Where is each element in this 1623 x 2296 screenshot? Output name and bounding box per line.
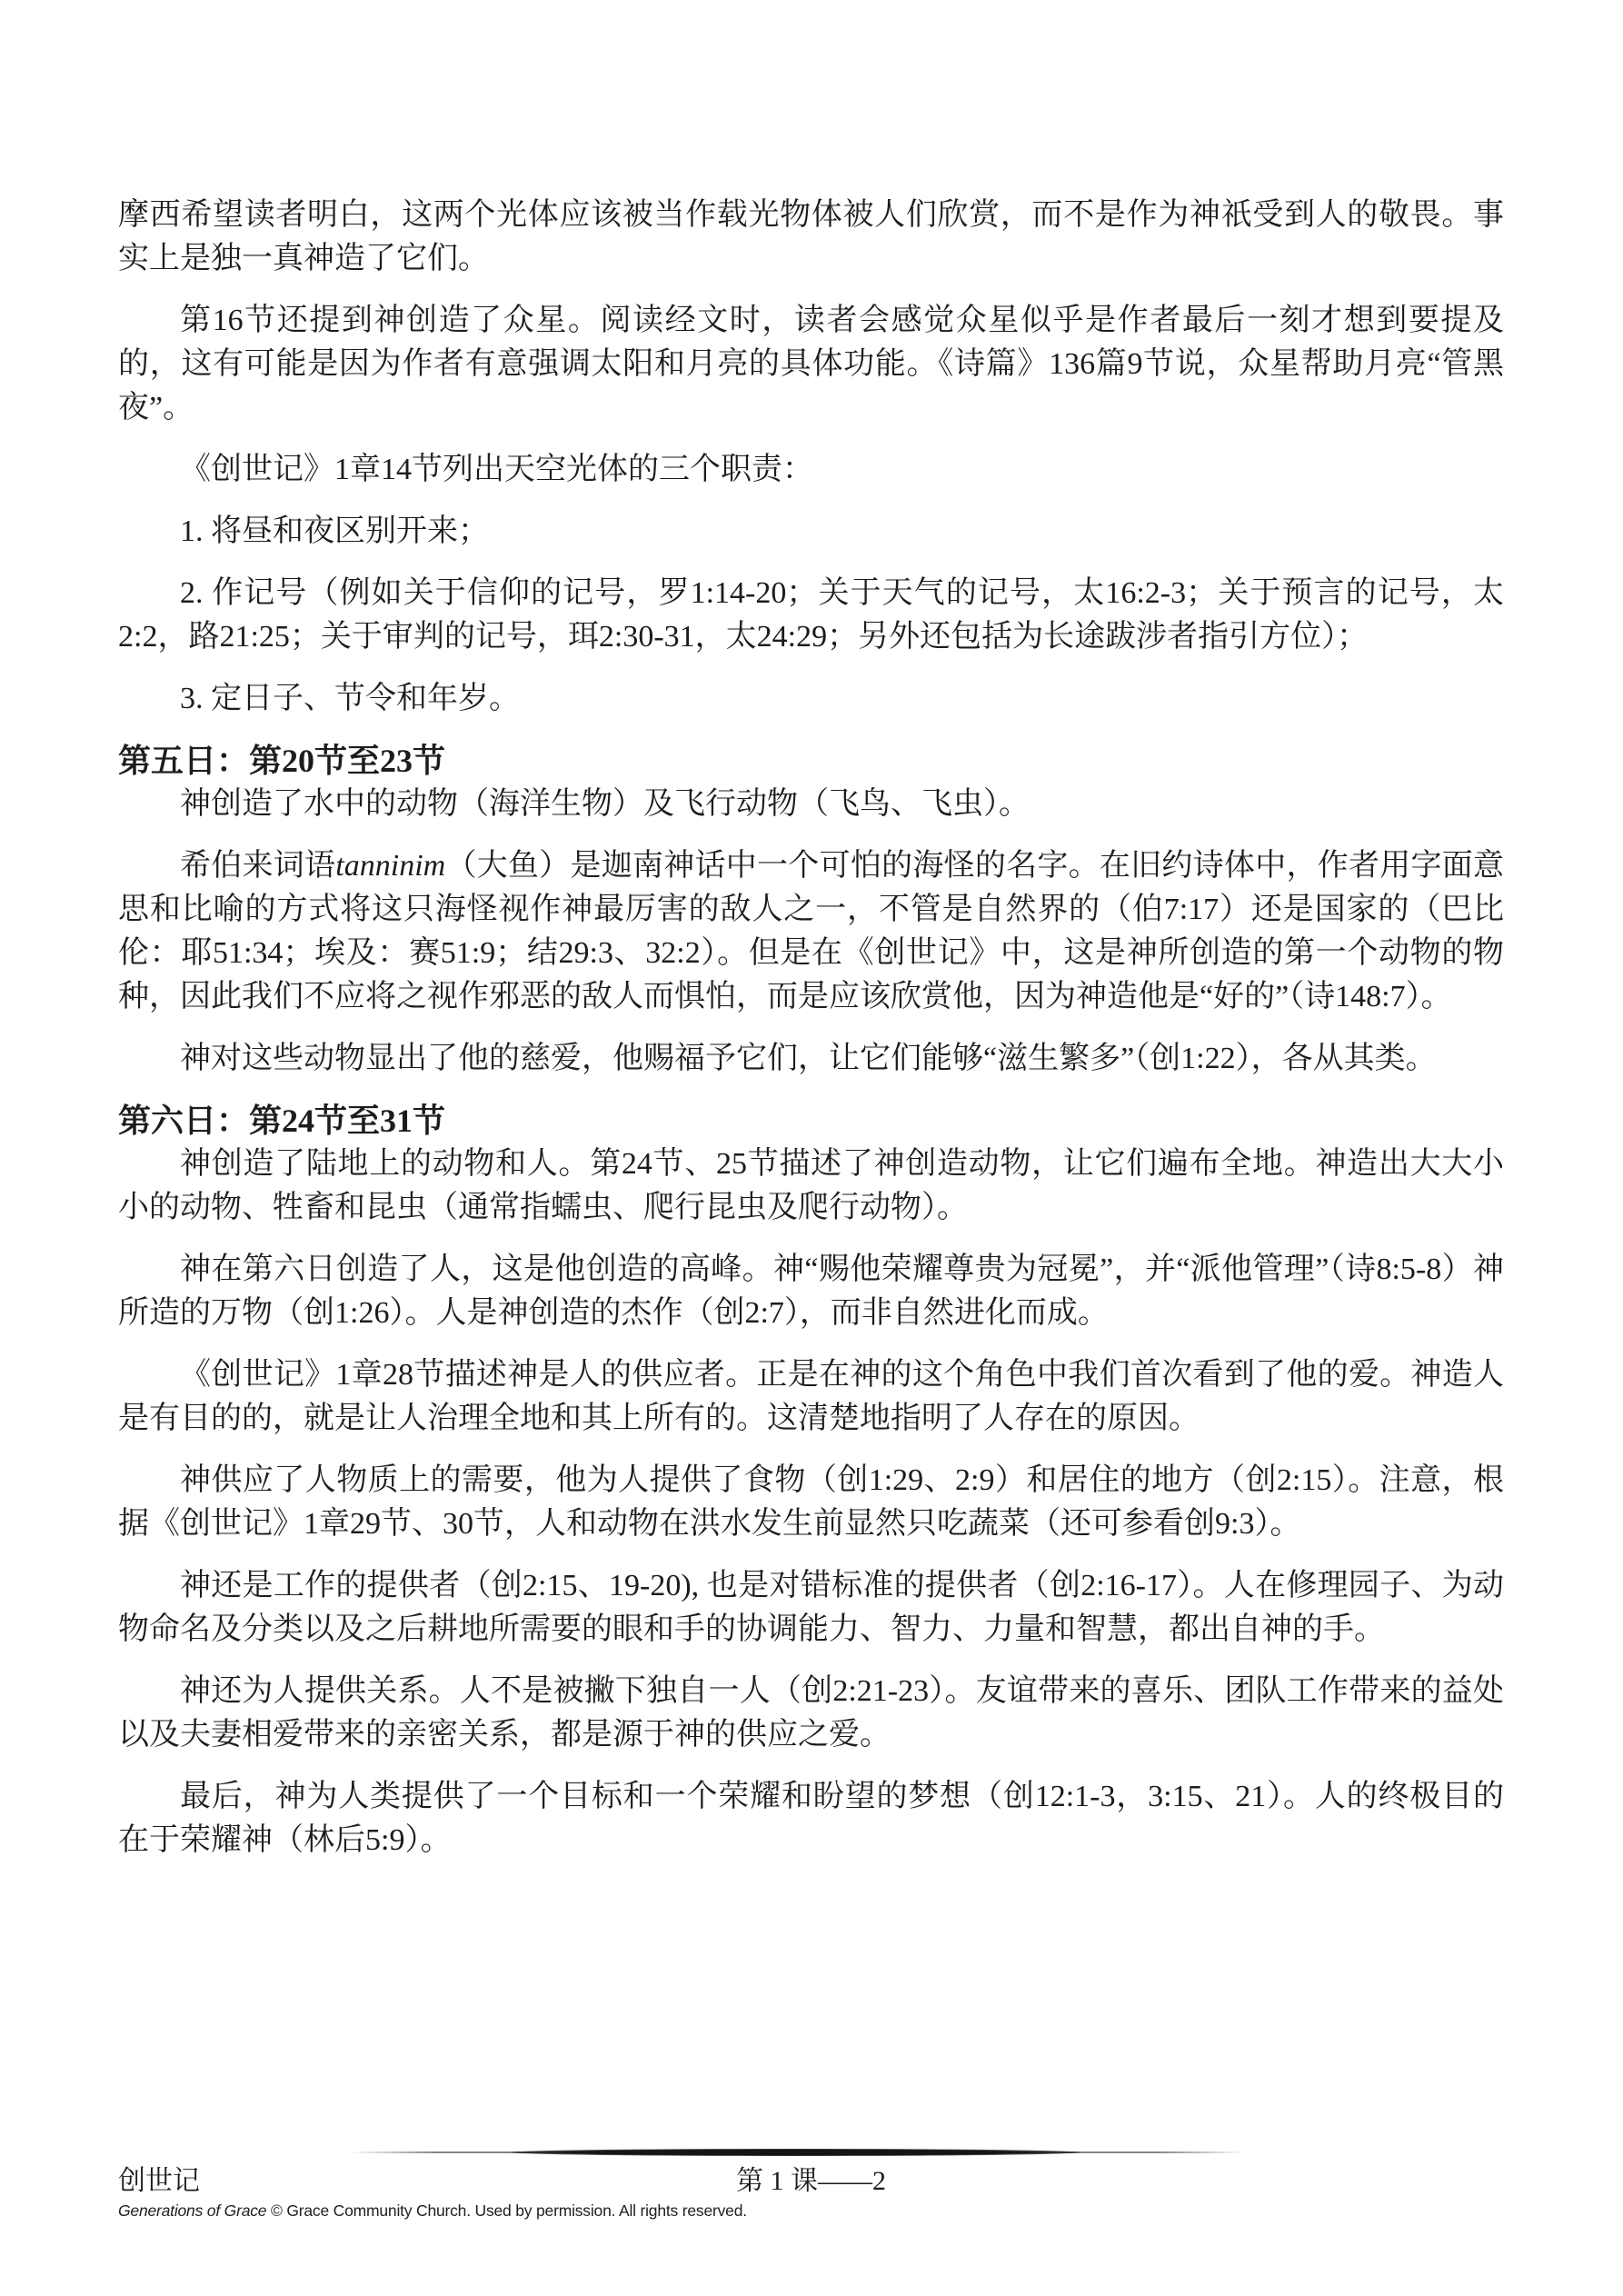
list-item: 3. 定日子、节令和年岁。 (118, 677, 1504, 721)
section-heading-day-five: 第五日：第20节至23节 (118, 739, 1504, 783)
paragraph: 摩西希望读者明白，这两个光体应该被当作载光物体被人们欣赏，而不是作为神祇受到人的… (118, 194, 1504, 281)
footer-copyright-series-title: Generations of Grace (118, 2201, 266, 2220)
footer-divider (350, 2147, 1245, 2158)
paragraph: 神供应了人物质上的需要，他为人提供了食物（创1:29、2:9）和居住的地方（创2… (118, 1459, 1504, 1546)
paragraph: 希伯来词语tanninim（大鱼）是迦南神话中一个可怕的海怪的名字。在旧约诗体中… (118, 844, 1504, 1019)
paragraph-text: 希伯来词语 (180, 849, 335, 883)
paragraph: 神创造了陆地上的动物和人。第24节、25节描述了神创造动物，让它们遍布全地。神造… (118, 1143, 1504, 1230)
paragraph: 《创世记》1章28节描述神是人的供应者。正是在神的这个角色中我们首次看到了他的爱… (118, 1353, 1504, 1441)
paragraph: 《创世记》1章14节列出天空光体的三个职责： (118, 448, 1504, 492)
paragraph: 神在第六日创造了人，这是他创造的高峰。神“赐他荣耀尊贵为冠冕”，并“派他管理”（… (118, 1248, 1504, 1335)
paragraph: 神对这些动物显出了他的慈爱，他赐福予它们，让它们能够“滋生繁多”（创1:22），… (118, 1037, 1504, 1081)
footer-page-number: 第 1 课——2 (118, 2163, 1504, 2200)
italic-hebrew-term: tanninim (335, 849, 445, 883)
paragraph: 神还是工作的提供者（创2:15、19-20), 也是对错标准的提供者（创2:16… (118, 1564, 1504, 1652)
footer-copyright: Generations of Grace © Grace Community C… (118, 2201, 747, 2221)
page-footer: 创世记 第 1 课——2 (118, 2163, 1504, 2200)
document-body: 摩西希望读者明白，这两个光体应该被当作载光物体被人们欣赏，而不是作为神祇受到人的… (0, 0, 1623, 1862)
footer-copyright-text: © Grace Community Church. Used by permis… (266, 2201, 747, 2220)
document-page: 摩西希望读者明白，这两个光体应该被当作载光物体被人们欣赏，而不是作为神祇受到人的… (0, 0, 1623, 2296)
paragraph: 神创造了水中的动物（海洋生物）及飞行动物（飞鸟、飞虫）。 (118, 783, 1504, 826)
paragraph: 最后，神为人类提供了一个目标和一个荣耀和盼望的梦想（创12:1-3，3:15、2… (118, 1775, 1504, 1862)
list-item: 2. 作记号（例如关于信仰的记号，罗1:14-20；关于天气的记号，太16:2-… (118, 572, 1504, 659)
list-item: 1. 将昼和夜区别开来； (118, 510, 1504, 554)
footer-divider-thick-line (512, 2149, 1080, 2156)
section-heading-day-six: 第六日：第24节至31节 (118, 1099, 1504, 1143)
paragraph: 神还为人提供关系。人不是被撇下独自一人（创2:21-23）。友谊带来的喜乐、团队… (118, 1670, 1504, 1757)
paragraph: 第16节还提到神创造了众星。阅读经文时，读者会感觉众星似乎是作者最后一刻才想到要… (118, 299, 1504, 430)
